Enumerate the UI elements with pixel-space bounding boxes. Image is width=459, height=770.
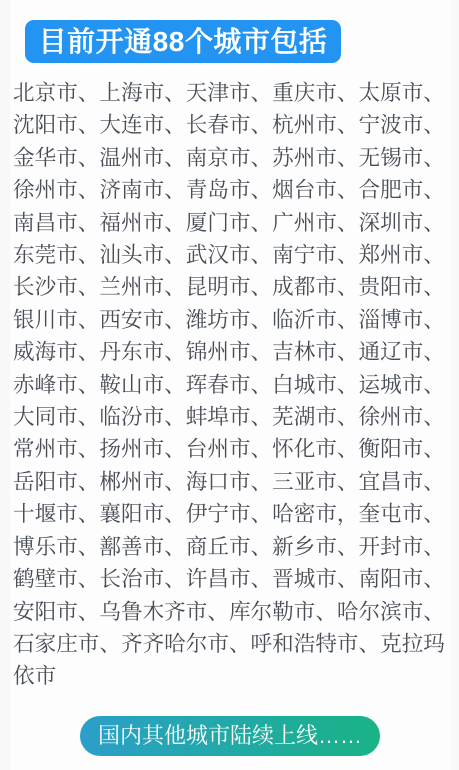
city-list-line: 北京市、上海市、天津市、重庆市、太原市、 [13,77,449,109]
city-list-line: 十堰市、襄阳市、伊宁市、哈密市，奎屯市、 [13,498,449,530]
city-list: 北京市、上海市、天津市、重庆市、太原市、沈阳市、大连市、长春市、杭州市、宁波市、… [13,77,449,693]
city-list-page: 目前开通88个城市包括 北京市、上海市、天津市、重庆市、太原市、沈阳市、大连市、… [0,0,459,770]
city-list-line: 岳阳市、郴州市、海口市、三亚市、宜昌市、 [13,466,449,498]
city-list-line: 威海市、丹东市、锦州市、吉林市、通辽市、 [13,336,449,368]
city-list-line: 依市 [13,660,449,692]
city-list-line: 鹤壁市、长治市、许昌市、晋城市、南阳市、 [13,563,449,595]
city-list-line: 徐州市、济南市、青岛市、烟台市、合肥市、 [13,174,449,206]
city-list-line: 银川市、西安市、潍坊市、临沂市、淄博市、 [13,304,449,336]
city-list-line: 赤峰市、鞍山市、珲春市、白城市、运城市、 [13,369,449,401]
city-list-line: 长沙市、兰州市、昆明市、成都市、贵阳市、 [13,271,449,303]
city-list-line: 石家庄市、齐齐哈尔市、呼和浩特市、克拉玛 [13,628,449,660]
city-list-line: 博乐市、鄯善市、商丘市、新乡市、开封市、 [13,531,449,563]
city-list-line: 金华市、温州市、南京市、苏州市、无锡市、 [13,142,449,174]
footer-button[interactable]: 国内其他城市陆续上线…… [80,716,380,756]
city-list-line: 常州市、扬州市、台州市、怀化市、衡阳市、 [13,433,449,465]
header-badge: 目前开通88个城市包括 [25,20,341,63]
city-list-line: 大同市、临汾市、蚌埠市、芜湖市、徐州市、 [13,401,449,433]
city-list-line: 安阳市、乌鲁木齐市、库尔勒市、哈尔滨市、 [13,596,449,628]
city-list-line: 东莞市、汕头市、武汉市、南宁市、郑州市、 [13,239,449,271]
city-list-line: 南昌市、福州市、厦门市、广州市、深圳市、 [13,207,449,239]
city-list-line: 沈阳市、大连市、长春市、杭州市、宁波市、 [13,109,449,141]
